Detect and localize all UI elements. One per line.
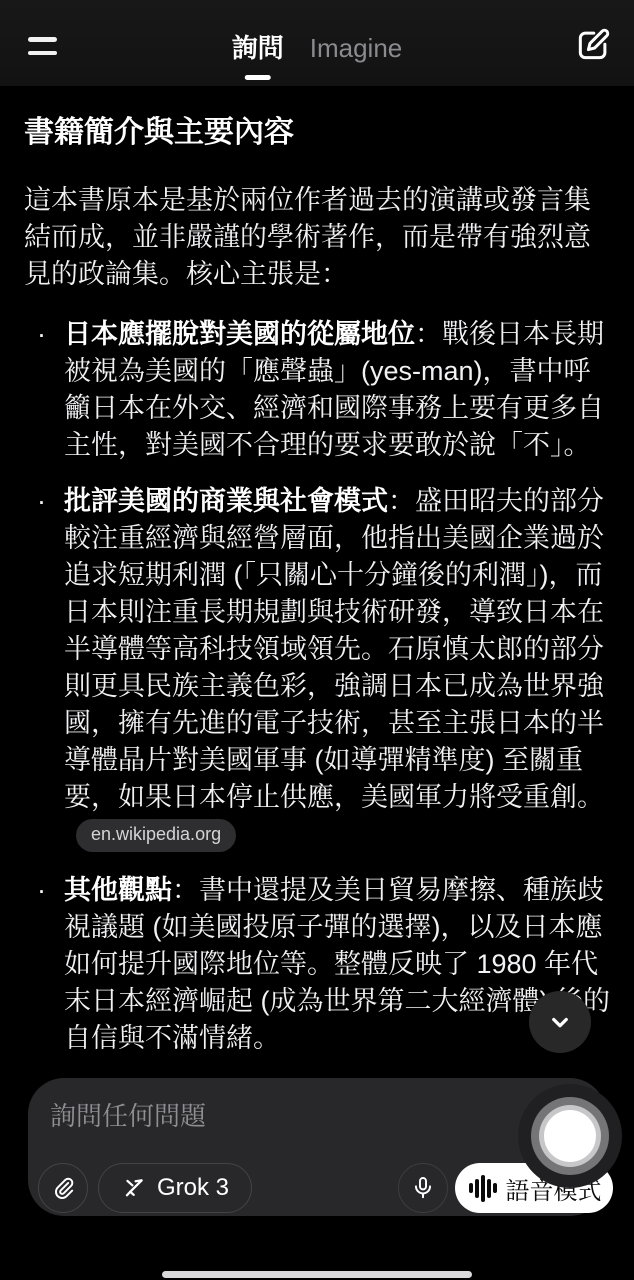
compose-icon[interactable]	[574, 26, 612, 64]
attach-button[interactable]	[38, 1163, 88, 1213]
active-tab-indicator	[245, 75, 271, 80]
bullet-item: 批評美國的商業與社會模式：盛田昭夫的部分較注重經濟與經營層面，他指出美國企業過於…	[24, 483, 610, 853]
tab-imagine[interactable]: Imagine	[310, 33, 403, 64]
menu-bar	[28, 51, 57, 56]
bullet-lead: 日本應擺脫對美國的從屬地位	[64, 319, 415, 349]
bullet-lead: 批評美國的商業與社會模式	[64, 486, 388, 516]
paperclip-icon	[50, 1175, 76, 1201]
bullet-list: 日本應擺脫對美國的從屬地位：戰後日本長期被視為美國的「應聲蟲」(yes-man)…	[24, 316, 610, 1057]
top-bar: 詢問 Imagine	[0, 0, 634, 86]
model-selector[interactable]: Grok 3	[98, 1163, 252, 1213]
microphone-icon	[410, 1175, 436, 1201]
tab-bar: 詢問 Imagine	[232, 28, 403, 65]
scroll-to-bottom-button[interactable]	[529, 991, 591, 1053]
chevron-down-icon	[545, 1007, 575, 1037]
assistant-response: 書籍簡介與主要內容 這本書原本是基於兩位作者過去的演講或發言集結而成，並非嚴謹的…	[0, 86, 634, 1076]
grok-app-screen: 詢問 Imagine 書籍簡介與主要內容 這本書原本是基於兩位作者過去的演講或發…	[0, 0, 634, 1280]
mic-button[interactable]	[398, 1163, 448, 1213]
bullet-item: 其他觀點：書中還提及美日貿易摩擦、種族歧視議題 (如美國投原子彈的選擇)，以及日…	[24, 872, 610, 1057]
citation-chip[interactable]: en.wikipedia.org	[76, 819, 236, 852]
tab-ask[interactable]: 詢問	[232, 28, 284, 65]
home-indicator[interactable]	[162, 1271, 472, 1278]
voice-orb-icon	[544, 1110, 596, 1162]
section-heading: 書籍簡介與主要內容	[24, 113, 610, 153]
tab-ask-label: 詢問	[232, 33, 284, 63]
waveform-icon	[469, 1175, 497, 1202]
bullet-item: 日本應擺脫對美國的從屬地位：戰後日本長期被視為美國的「應聲蟲」(yes-man)…	[24, 316, 610, 464]
message-input[interactable]: 詢問任何問題	[50, 1096, 206, 1133]
voice-orb-button[interactable]	[518, 1084, 622, 1188]
bullet-lead: 其他觀點	[64, 875, 172, 905]
grok-logo-icon	[121, 1175, 147, 1201]
bullet-text: ：盛田昭夫的部分較注重經濟與經營層面，他指出美國企業過於追求短期利潤 (「只關心…	[64, 486, 604, 812]
menu-bar	[28, 37, 57, 42]
model-label: Grok 3	[157, 1174, 229, 1202]
intro-paragraph: 這本書原本是基於兩位作者過去的演講或發言集結而成，並非嚴謹的學術著作，而是帶有強…	[24, 182, 610, 293]
menu-icon[interactable]	[28, 37, 58, 57]
